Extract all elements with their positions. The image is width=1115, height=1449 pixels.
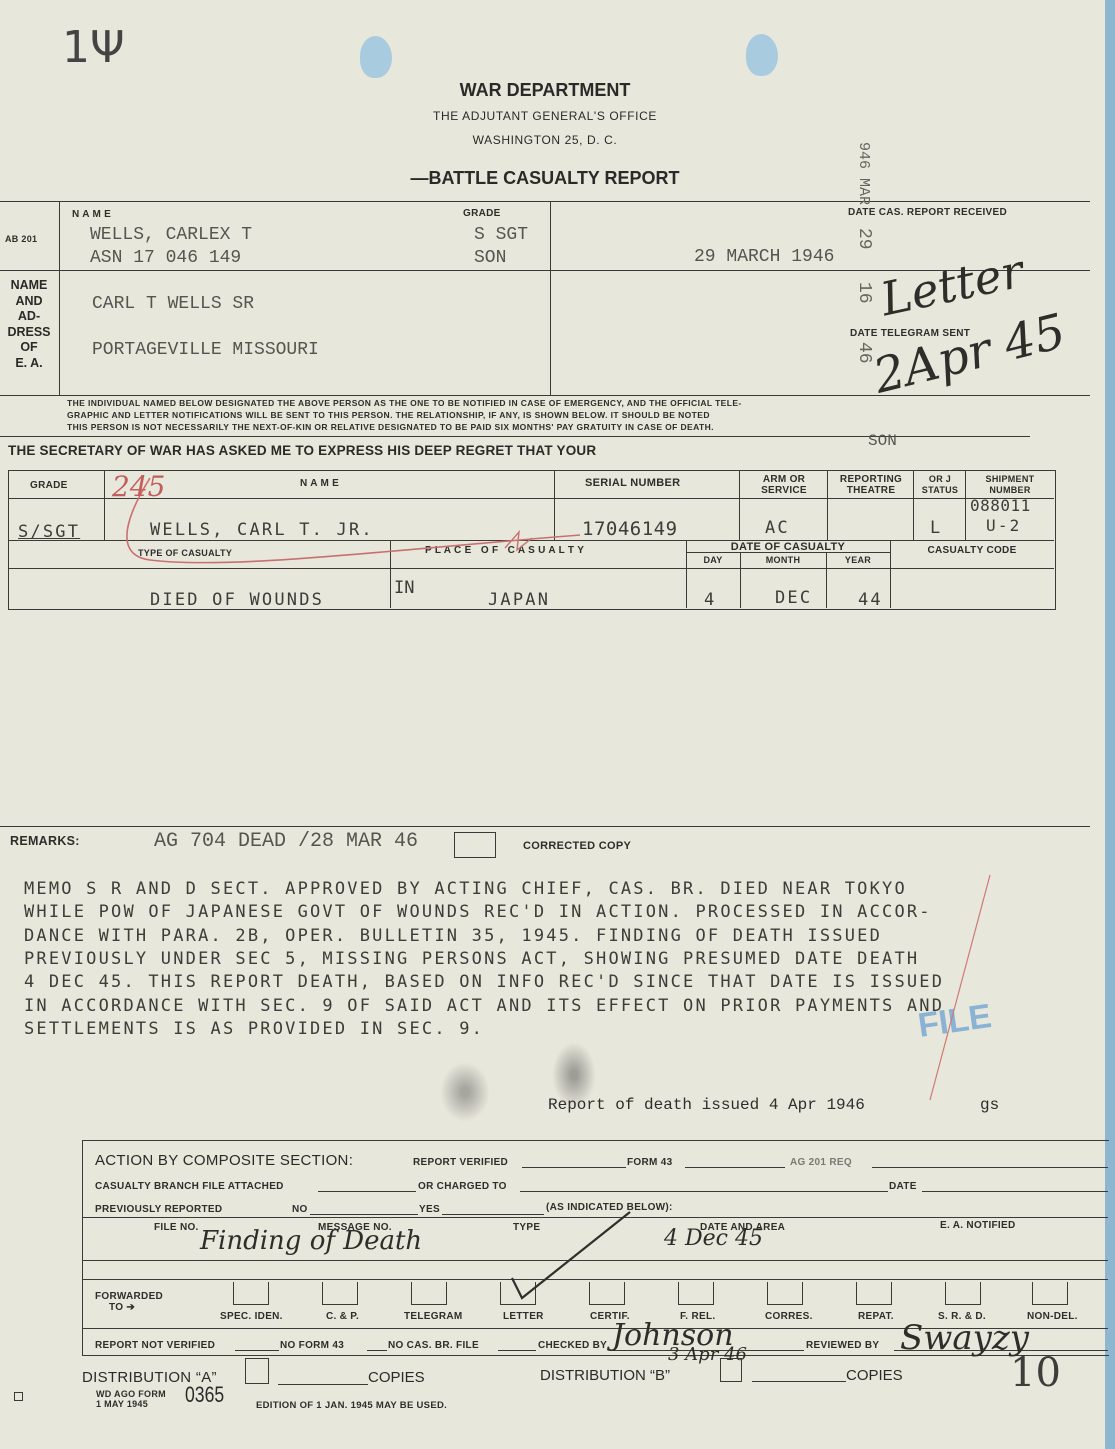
department-title: WAR DEPARTMENT xyxy=(0,80,1090,101)
relationship: SON xyxy=(474,248,506,268)
value-grade: S/SGT xyxy=(18,522,80,542)
received-stamp-time: 46 xyxy=(854,342,874,364)
no-file-label: NO CAS. BR. FILE xyxy=(388,1340,479,1351)
copies-label-a: COPIES xyxy=(368,1369,425,1386)
checked-by-label: CHECKED BY xyxy=(538,1340,607,1351)
blank xyxy=(367,1350,387,1351)
col-ea-notified: E. A. NOTIFIED xyxy=(940,1220,1016,1231)
checkbox-label: C. & P. xyxy=(326,1311,359,1322)
ea-label-line: E. A. xyxy=(0,356,58,372)
relationship-below: SON xyxy=(868,432,897,450)
remarks-line: PREVIOUSLY UNDER SEC 5, MISSING PERSONS … xyxy=(24,949,919,969)
received-stamp-day: 29 xyxy=(854,228,874,250)
notice-line: GRAPHIC AND LETTER NOTIFICATIONS WILL BE… xyxy=(67,409,710,421)
previously-reported-label: PREVIOUSLY REPORTED xyxy=(95,1204,222,1215)
blank xyxy=(318,1191,416,1192)
report-verified-label: REPORT VERIFIED xyxy=(413,1157,508,1168)
copies-label-b: COPIES xyxy=(846,1367,903,1384)
blank xyxy=(520,1191,888,1192)
header-arm-line: ARM OR xyxy=(740,474,828,485)
ag201-label: AG 201 REQ xyxy=(790,1157,852,1168)
name-label: N A M E xyxy=(72,209,111,220)
action-title: ACTION BY COMPOSITE SECTION: xyxy=(95,1152,353,1169)
checkbox-label: REPAT. xyxy=(858,1311,894,1322)
header-shipment: SHIPMENTNUMBER xyxy=(966,474,1054,496)
form-id-line: WD AGO FORM xyxy=(96,1389,166,1399)
remarks-reference: AG 704 DEAD /28 MAR 46 xyxy=(154,830,418,853)
distribution-a-box[interactable] xyxy=(245,1358,269,1384)
reviewed-by-label: REVIEWED BY xyxy=(806,1340,879,1351)
blank xyxy=(872,1167,1108,1168)
report-title: —BATTLE CASUALTY REPORT xyxy=(0,168,1090,189)
value-arm: AC xyxy=(765,518,790,538)
header-theatre-line: THEATRE xyxy=(828,485,914,496)
rule xyxy=(104,470,105,540)
value-place-prefix: IN xyxy=(394,578,414,598)
value-shipment: 088011 xyxy=(970,496,1031,515)
received-stamp-year: 946 MAR xyxy=(855,142,872,205)
ea-address: PORTAGEVILLE MISSOURI xyxy=(92,340,319,360)
blank xyxy=(310,1214,418,1215)
rule xyxy=(0,395,1090,396)
file-attached-label: CASUALTY BRANCH FILE ATTACHED xyxy=(95,1181,284,1192)
corrected-copy: CORRECTED COPY xyxy=(523,840,631,852)
rule xyxy=(59,201,60,395)
blank xyxy=(278,1384,368,1385)
rule xyxy=(0,826,1090,827)
notice-line: THE INDIVIDUAL NAMED BELOW DESIGNATED TH… xyxy=(67,397,742,409)
blank xyxy=(235,1350,279,1351)
remarks-line: SETTLEMENTS IS AS PROVIDED IN SEC. 9. xyxy=(24,1019,484,1039)
header-status-line: STATUS xyxy=(914,485,966,496)
checkbox-telegram[interactable] xyxy=(411,1282,447,1305)
checkbox-label: CORRES. xyxy=(765,1311,813,1322)
grade-label: GRADE xyxy=(463,208,501,219)
rule xyxy=(550,201,551,395)
remarks-box xyxy=(454,832,496,858)
remarks-line: WHILE POW OF JAPANESE GOVT OF WOUNDS REC… xyxy=(24,902,932,922)
handwritten-date-area: 4 Dec 45 xyxy=(664,1226,763,1251)
checkbox-spec-iden[interactable] xyxy=(233,1282,269,1305)
checkbox-label: TELEGRAM xyxy=(404,1311,463,1322)
blank xyxy=(685,1167,785,1168)
fingerprint-smudge xyxy=(440,1062,490,1122)
forwarded-line: FORWARDED xyxy=(95,1291,163,1302)
soldier-grade: S SGT xyxy=(474,225,528,245)
value-year: 44 xyxy=(858,590,883,610)
value-shipment-code: U-2 xyxy=(986,516,1022,535)
remarks-line: 4 DEC 45. THIS REPORT DEATH, BASED ON IN… xyxy=(24,972,944,992)
no-label: NO xyxy=(292,1204,308,1215)
value-month: DEC xyxy=(775,588,812,608)
header-arm: ARM ORSERVICE xyxy=(740,474,828,496)
checkbox-label: NON-DEL. xyxy=(1027,1311,1078,1322)
office-name: THE ADJUTANT GENERAL'S OFFICE xyxy=(0,109,1090,123)
header-theatre: REPORTINGTHEATRE xyxy=(828,474,914,496)
value-status: L xyxy=(930,518,942,538)
no-form43-label: NO FORM 43 xyxy=(280,1340,344,1351)
value-day: 4 xyxy=(704,590,716,610)
header-date: DATE OF CASUALTY xyxy=(686,541,890,553)
header-status-line: OR J xyxy=(914,474,966,485)
corner-mark: 1Ψ xyxy=(62,22,125,73)
checkbox-repat[interactable] xyxy=(856,1282,892,1305)
remarks-line: IN ACCORDANCE WITH SEC. 9 OF SAID ACT AN… xyxy=(24,996,944,1016)
ea-label: NAME AND AD- DRESS OF E. A. xyxy=(0,278,58,371)
header-arm-line: SERVICE xyxy=(740,485,828,496)
ea-label-line: AD- xyxy=(0,309,58,325)
remarks-line: MEMO S R AND D SECT. APPROVED BY ACTING … xyxy=(24,879,907,899)
header-day: DAY xyxy=(686,555,740,565)
checkbox-s-r-and-d[interactable] xyxy=(945,1282,981,1305)
punch-hole-right xyxy=(746,34,778,76)
not-verified-label: REPORT NOT VERIFIED xyxy=(95,1340,215,1351)
checkbox-label: SPEC. IDEN. xyxy=(220,1311,283,1322)
forwarded-to-label: FORWARDEDTO ➔ xyxy=(95,1291,163,1313)
header-status: OR JSTATUS xyxy=(914,474,966,496)
regret-statement: THE SECRETARY OF WAR HAS ASKED ME TO EXP… xyxy=(8,443,596,458)
value-type: DIED OF WOUNDS xyxy=(150,590,324,610)
header-code: CASUALTY CODE xyxy=(890,545,1054,556)
header-grade: GRADE xyxy=(30,480,68,491)
received-stamp-time: 16 xyxy=(854,282,874,304)
date-label: DATE xyxy=(889,1181,917,1192)
forwarded-line: TO ➔ xyxy=(95,1302,163,1313)
header-shipment-line: NUMBER xyxy=(966,485,1054,496)
ab-201-label: AB 201 xyxy=(5,234,37,244)
header-month: MONTH xyxy=(740,555,826,565)
margin-square xyxy=(14,1392,23,1401)
form43-label: FORM 43 xyxy=(627,1157,672,1168)
report-issued: Report of death issued 4 Apr 1946 xyxy=(548,1096,865,1114)
remarks-label: REMARKS: xyxy=(10,834,80,848)
checkbox-f-rel[interactable] xyxy=(678,1282,714,1305)
edition-note: EDITION OF 1 JAN. 1945 MAY BE USED. xyxy=(256,1400,447,1411)
ea-label-line: NAME xyxy=(0,278,58,294)
blank xyxy=(522,1167,626,1168)
form-number: 0365 xyxy=(185,1382,224,1408)
date-received: 29 MARCH 1946 xyxy=(694,247,834,267)
office-address: WASHINGTON 25, D. C. xyxy=(0,133,1090,147)
margin-number: 10 xyxy=(1010,1350,1061,1396)
blank xyxy=(498,1350,536,1351)
notice-line: THIS PERSON IS NOT NECESSARILY THE NEXT-… xyxy=(67,421,714,433)
checkbox-label: LETTER xyxy=(503,1311,544,1322)
ea-label-line: AND xyxy=(0,294,58,310)
ea-label-line: DRESS xyxy=(0,325,58,341)
date-received-label: DATE CAS. REPORT RECEIVED xyxy=(848,207,1007,218)
ea-name: CARL T WELLS SR xyxy=(92,294,254,314)
remarks-line: DANCE WITH PARA. 2B, OPER. BULLETIN 35, … xyxy=(24,926,882,946)
header-year: YEAR xyxy=(826,555,890,565)
charged-to-label: OR CHARGED TO xyxy=(418,1181,507,1192)
checkbox-non-del[interactable] xyxy=(1032,1282,1068,1305)
checkmark-icon xyxy=(500,1210,640,1310)
distribution-b-label: DISTRIBUTION “B” xyxy=(540,1367,670,1384)
handwritten-type: Finding of Death xyxy=(200,1226,422,1256)
red-pencil-line-icon xyxy=(920,870,1000,1110)
header-theatre-line: REPORTING xyxy=(828,474,914,485)
value-place: JAPAN xyxy=(488,590,550,610)
ea-label-line: OF xyxy=(0,340,58,356)
typist-initials: gs xyxy=(980,1096,999,1114)
checkbox-c-and-p[interactable] xyxy=(322,1282,358,1305)
blank xyxy=(752,1381,846,1382)
red-pencil-loop-icon xyxy=(110,470,630,580)
red-annotation: 245 xyxy=(112,470,165,503)
soldier-name: WELLS, CARLEX T xyxy=(90,225,252,245)
col-file-no: FILE NO. xyxy=(154,1222,199,1233)
form-id-line: 1 MAY 1945 xyxy=(96,1399,166,1409)
yes-label: YES xyxy=(419,1204,440,1215)
punch-hole-left xyxy=(360,36,392,78)
rule xyxy=(0,201,1090,202)
checkbox-corres[interactable] xyxy=(767,1282,803,1305)
soldier-asn: ASN 17 046 149 xyxy=(90,248,241,268)
header-shipment-line: SHIPMENT xyxy=(966,474,1054,485)
blank xyxy=(922,1191,1108,1192)
form-id: WD AGO FORM1 MAY 1945 xyxy=(96,1389,166,1409)
distribution-b-box[interactable] xyxy=(720,1358,742,1382)
